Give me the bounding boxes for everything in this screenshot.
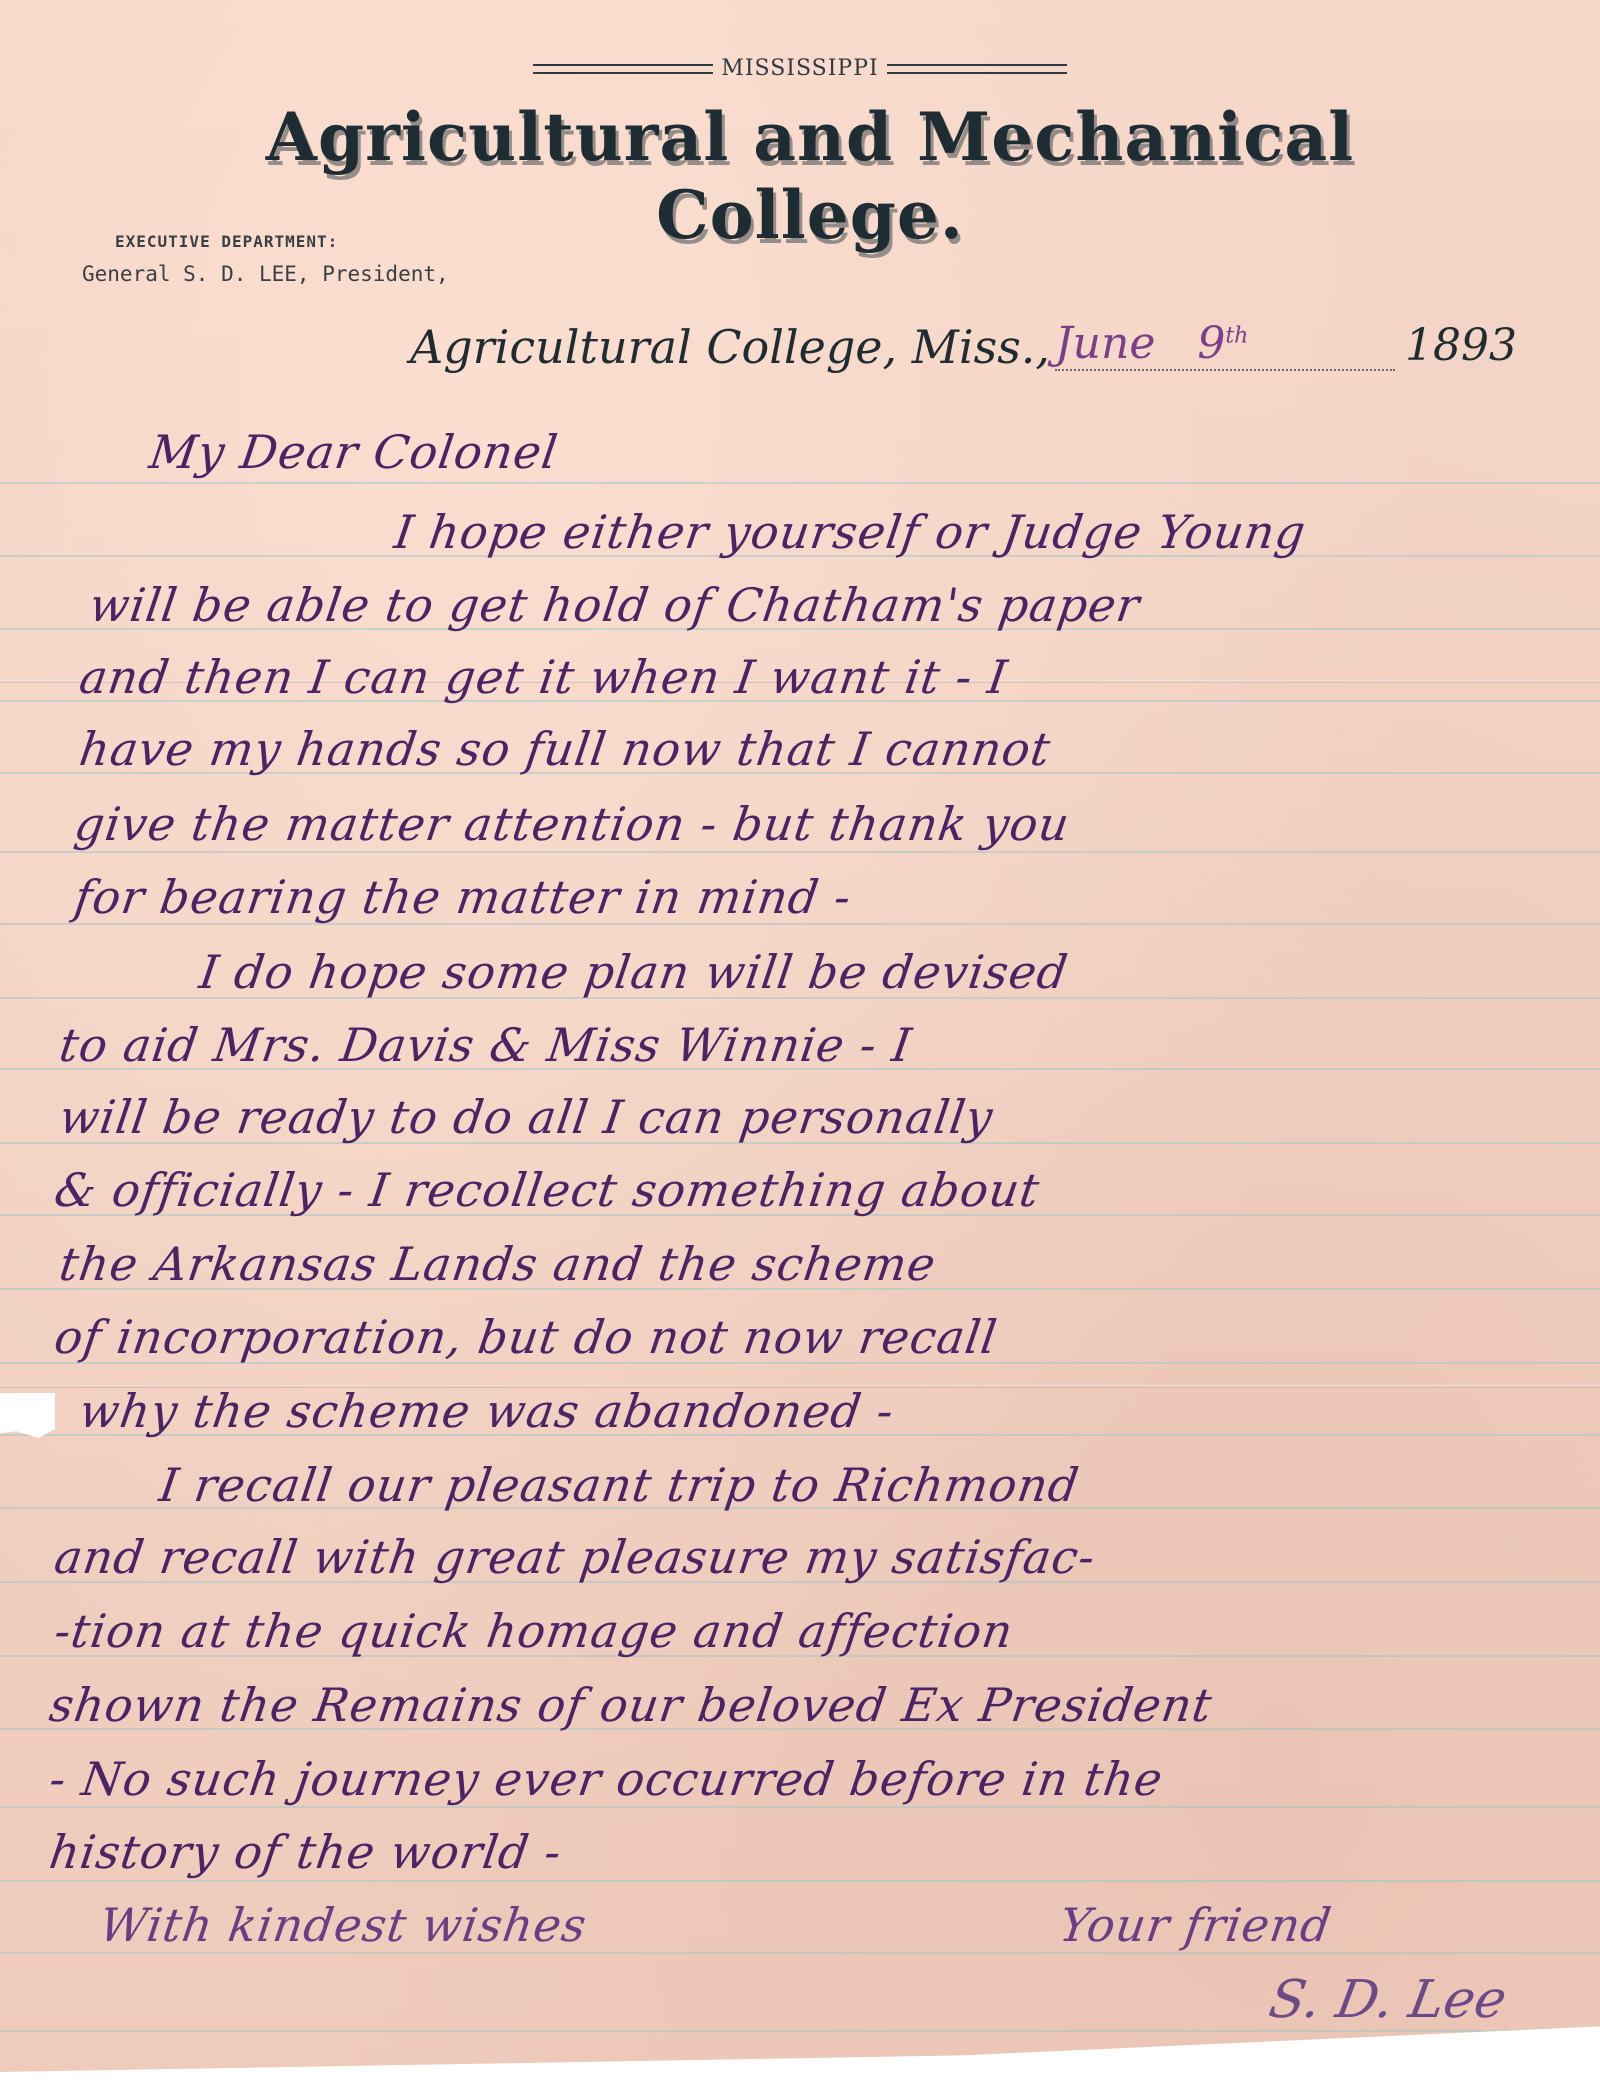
letter-line: I do hope some plan will be devised — [196, 945, 1071, 999]
ruled-line — [0, 1806, 1600, 1808]
letter-line: will be ready to do all I can personally — [56, 1090, 996, 1144]
letterhead-place: Agricultural College, Miss., — [410, 320, 1050, 374]
letter-line: and recall with great pleasure my satisf… — [51, 1530, 1099, 1584]
letterhead-department: EXECUTIVE DEPARTMENT: — [115, 232, 338, 251]
letter-line: for bearing the matter in mind - — [71, 870, 855, 924]
salutation: My Dear Colonel — [146, 425, 561, 479]
letter-line: give the matter attention - but thank yo… — [71, 797, 1073, 851]
letter-line: the Arkansas Lands and the scheme — [56, 1237, 939, 1291]
letter-line: of incorporation, but do not now recall — [51, 1310, 1001, 1364]
letter-line: I hope either yourself or Judge Young — [391, 505, 1309, 559]
ruled-line — [0, 1952, 1600, 1954]
ruled-line — [0, 1880, 1600, 1882]
letter-line: - No such journey ever occurred before i… — [46, 1752, 1166, 1806]
letterhead-state-text: MISSISSIPPI — [721, 56, 878, 81]
date-day-suffix: th — [1225, 323, 1248, 348]
closing-friend: Your friend — [1056, 1898, 1335, 1952]
closing-wishes: With kindest wishes — [96, 1898, 590, 1952]
ruled-line — [0, 851, 1600, 853]
date-month: June — [1055, 318, 1155, 369]
letterhead-president: General S. D. LEE, President, — [82, 262, 449, 286]
letter-line: to aid Mrs. Davis & Miss Winnie - I — [56, 1018, 915, 1072]
letter-line: have my hands so full now that I cannot — [76, 722, 1054, 776]
letter-line: & officially - I recollect something abo… — [51, 1163, 1043, 1217]
ornament-rule — [533, 64, 713, 74]
torn-edge — [0, 1393, 55, 1438]
letter-page: MISSISSIPPI Agricultural and Mechanical … — [0, 0, 1600, 2072]
letter-line: shown the Remains of our beloved Ex Pres… — [46, 1678, 1216, 1732]
letterhead-institution: Agricultural and Mechanical College. — [210, 98, 1410, 254]
letterhead-state: MISSISSIPPI — [455, 56, 1145, 81]
letterhead-year: 1893 — [1405, 320, 1517, 371]
letter-line: and then I can get it when I want it - I — [76, 650, 1011, 704]
ruled-line — [0, 482, 1600, 484]
ruled-line — [0, 2030, 1600, 2032]
letter-line: history of the world - — [46, 1825, 565, 1879]
letter-line: why the scheme was abandoned - — [76, 1384, 897, 1438]
signature: S. D. Lee — [1265, 1970, 1511, 2030]
ornament-rule — [887, 64, 1067, 74]
date-day: 9 — [1197, 318, 1225, 369]
handwritten-date: June 9th — [1055, 318, 1395, 371]
letter-line: will be able to get hold of Chatham's pa… — [86, 578, 1143, 632]
letter-line: -tion at the quick homage and affection — [51, 1604, 1017, 1658]
letter-line: I recall our pleasant trip to Richmond — [156, 1458, 1083, 1512]
